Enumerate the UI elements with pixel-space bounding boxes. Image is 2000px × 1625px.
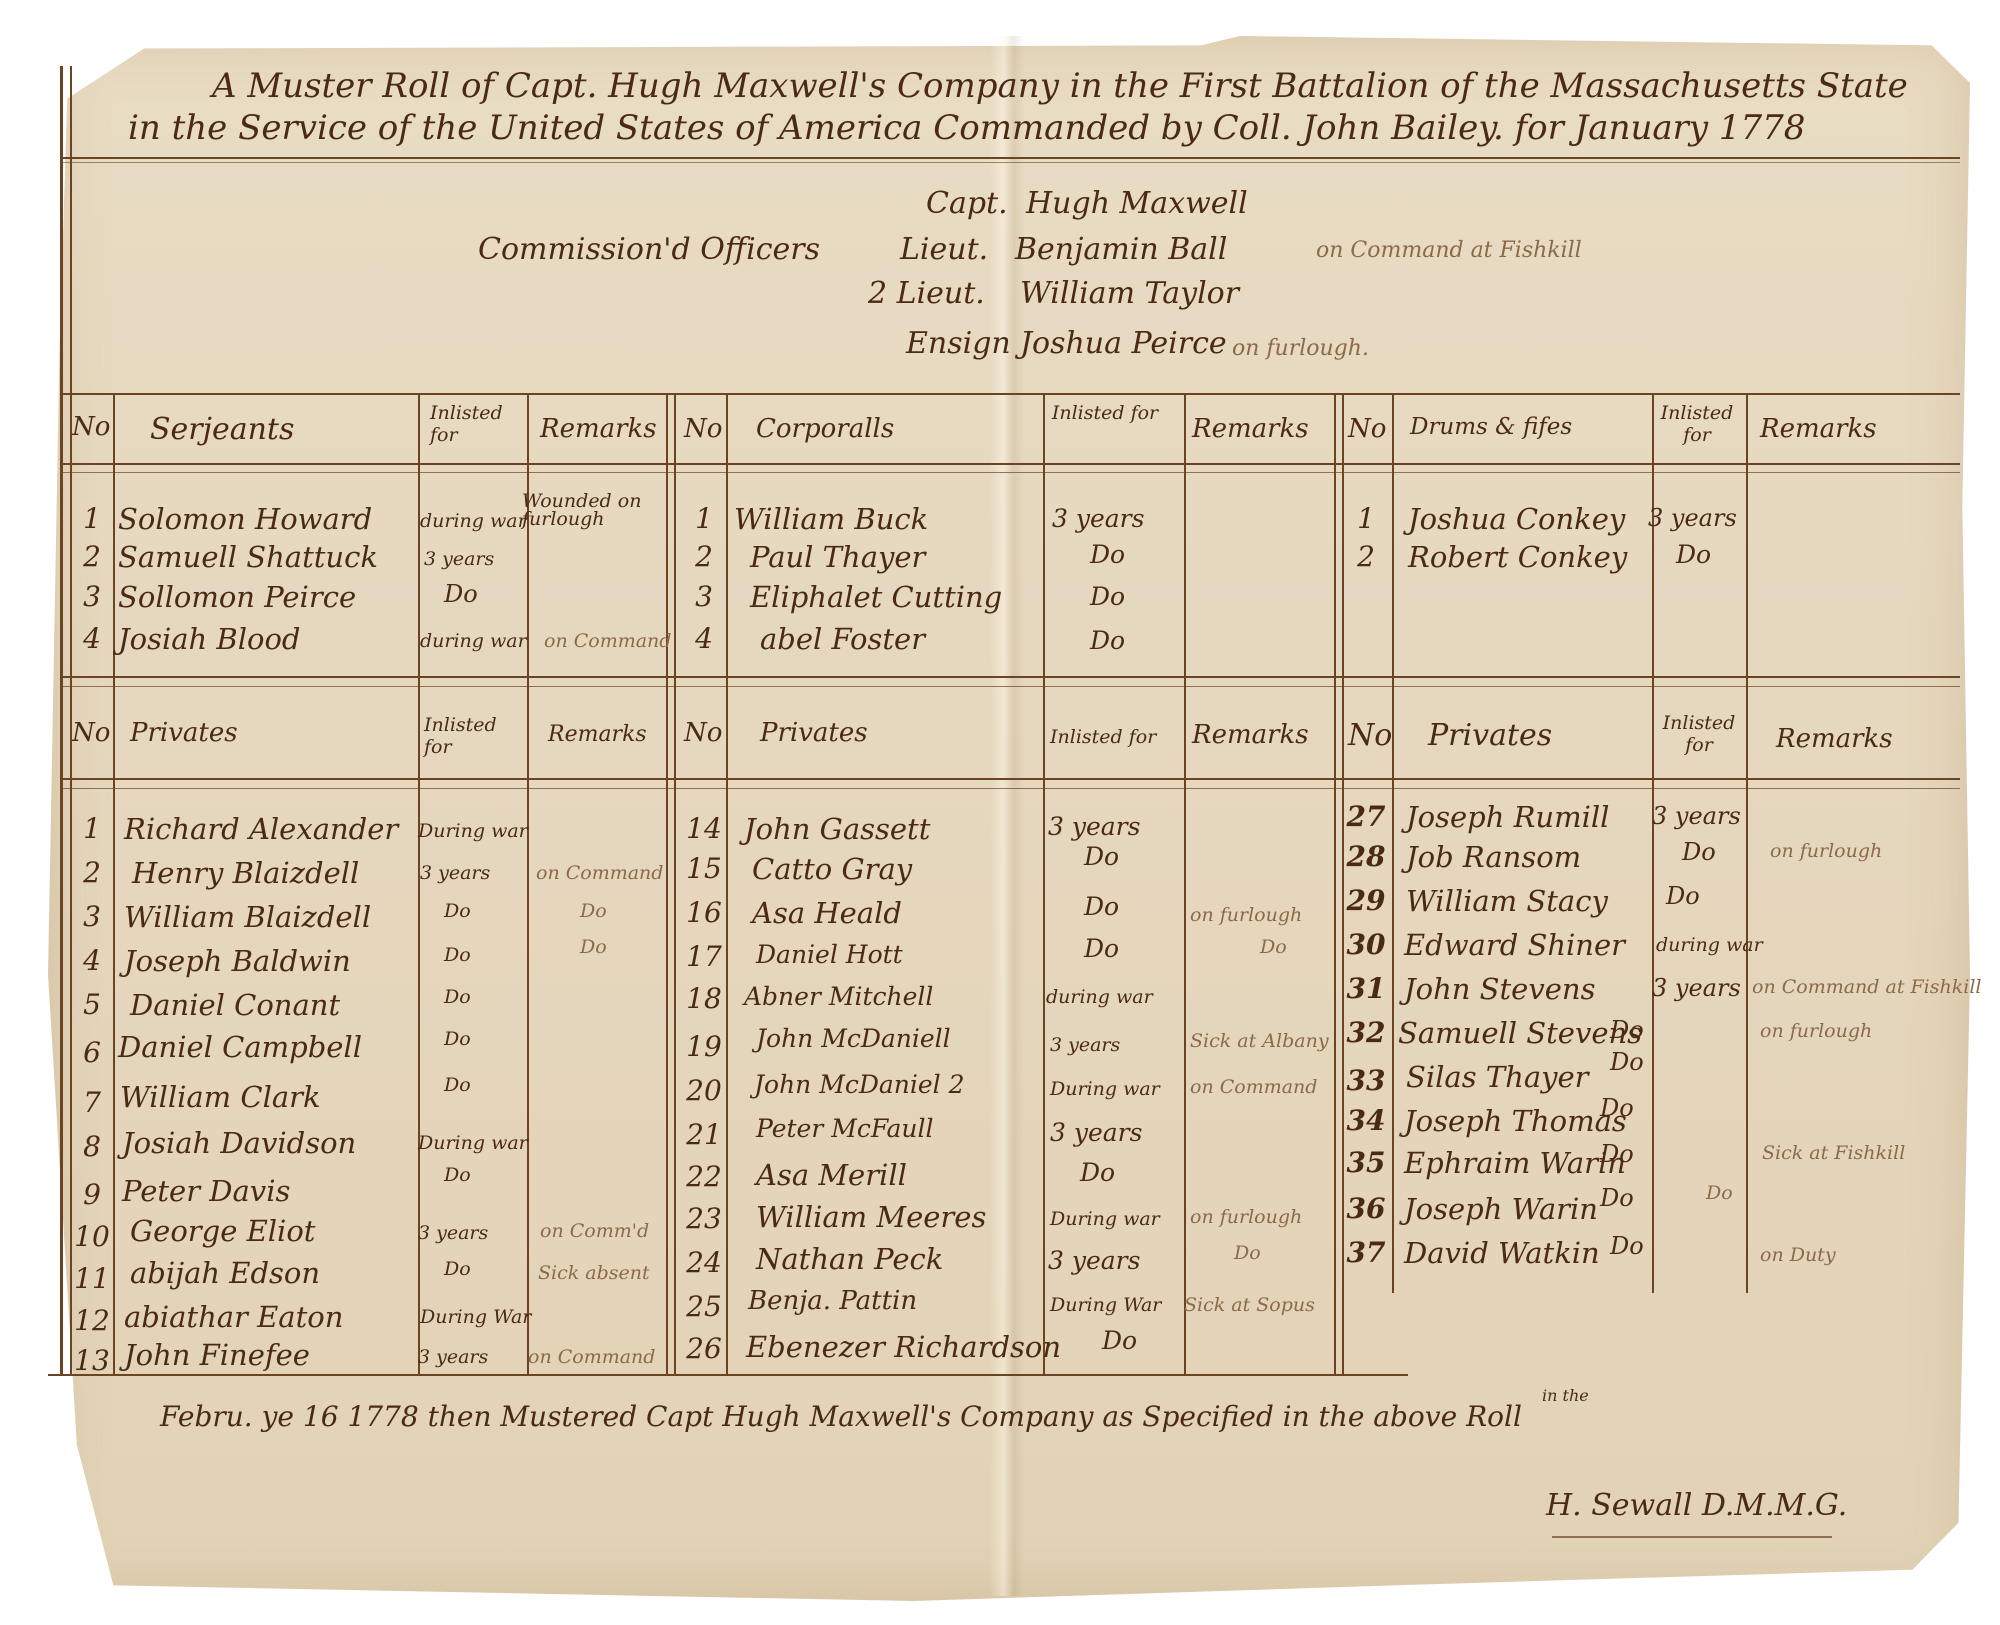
row-name: Paul Thayer: [750, 540, 925, 574]
col-header-name: Privates: [130, 718, 238, 748]
row-number: 16: [684, 896, 724, 929]
row-enlisted: Do: [1080, 1158, 1115, 1187]
title-underline-2: [60, 162, 1960, 163]
row-enlisted: 3 years: [1652, 802, 1741, 830]
row-number: 4: [72, 622, 112, 655]
row-enlisted: 3 years: [1048, 812, 1140, 841]
col-rule-name-2: [1043, 393, 1045, 1375]
row-name: John McDaniel 2: [754, 1070, 965, 1099]
row-name: Richard Alexander: [124, 812, 398, 846]
row-remarks: Sick absent: [538, 1262, 650, 1284]
col-header-remarks: Remarks: [1760, 414, 1877, 444]
row-remarks: on Command: [528, 1346, 655, 1368]
row-name: Peter Davis: [122, 1174, 290, 1208]
row-number: 10: [72, 1220, 112, 1253]
row-number: 28: [1346, 840, 1386, 873]
row-number: 8: [72, 1130, 112, 1163]
row-remarks: on Command at Fishkill: [1752, 976, 1981, 998]
row-enlisted: During war: [418, 1132, 528, 1154]
row-remarks: Do: [1260, 936, 1287, 958]
row-number: 18: [684, 982, 724, 1015]
row-name: abel Foster: [760, 622, 925, 656]
row-number: 2: [72, 856, 112, 889]
title-underline: [60, 157, 1960, 159]
officer-remark: on furlough.: [1232, 336, 1369, 361]
row-number: 15: [684, 852, 724, 885]
row-number: 2: [1346, 540, 1386, 573]
row-enlisted: Do: [1682, 838, 1716, 866]
row-enlisted: Do: [1600, 1140, 1634, 1168]
row-enlisted: Do: [1600, 1184, 1634, 1212]
row-number: 24: [684, 1246, 724, 1279]
signature: H. Sewall D.M.M.G.: [1546, 1488, 1847, 1523]
row-enlisted: 3 years: [418, 1346, 488, 1368]
row-number: 36: [1346, 1192, 1386, 1225]
left-border-rule: [60, 66, 63, 1376]
row-enlisted: Do: [1084, 892, 1119, 921]
row-enlisted: During War: [420, 1306, 531, 1328]
col-header-remarks: Remarks: [548, 722, 647, 747]
row-name: Benja. Pattin: [748, 1286, 917, 1316]
row-number: 20: [684, 1074, 724, 1107]
row-number: 1: [72, 502, 112, 535]
row-enlisted: During war: [418, 820, 528, 842]
col-header-name: Corporalls: [756, 414, 894, 444]
row-number: 25: [684, 1290, 724, 1323]
row-name: David Watkin: [1404, 1236, 1600, 1270]
row-enlisted: Do: [444, 1074, 471, 1096]
row-remarks: on furlough: [1190, 904, 1302, 926]
row-enlisted: Do: [444, 900, 471, 922]
row-enlisted: 3 years: [424, 548, 494, 570]
col-header-no: No: [1348, 414, 1386, 444]
col-rule-remarks-2: [1334, 393, 1336, 1375]
row-enlisted: Do: [1102, 1326, 1137, 1355]
row-number: 17: [684, 940, 724, 973]
col-header-enlisted: Inlisted for: [1652, 402, 1742, 446]
row-enlisted: during war: [420, 510, 527, 532]
row-enlisted: Do: [1610, 1048, 1644, 1076]
row-number: 37: [1346, 1236, 1386, 1269]
officer-name: William Taylor: [1020, 276, 1239, 311]
col-rule-remarks-2b: [1342, 393, 1344, 1375]
row-name: Nathan Peck: [756, 1242, 943, 1276]
row-enlisted: Do: [1600, 1094, 1634, 1122]
row-enlisted: Do: [1090, 626, 1125, 655]
row-number: 3: [684, 580, 724, 613]
row-enlisted: during war: [1656, 934, 1763, 956]
signature-flourish: [1552, 1536, 1832, 1538]
row-remarks: on furlough: [1770, 840, 1882, 862]
row-name: Samuell Stevens: [1398, 1016, 1642, 1050]
col-header-enlisted: Inlisted for: [1050, 726, 1156, 748]
row-enlisted: Do: [1084, 934, 1119, 963]
row-number: 5: [72, 988, 112, 1021]
row-remarks: on Command: [1190, 1076, 1317, 1098]
row-remarks: on furlough: [1760, 1020, 1872, 1042]
col-header-no: No: [684, 414, 722, 444]
row-name: Peter McFaull: [756, 1114, 933, 1143]
row-number: 1: [684, 502, 724, 535]
col-header-no: No: [684, 718, 722, 748]
row-enlisted: Do: [444, 1164, 471, 1186]
row-remarks: Do: [580, 936, 607, 958]
row-enlisted: Do: [1090, 540, 1125, 569]
row-number: 3: [72, 900, 112, 933]
row-enlisted: 3 years: [1050, 1034, 1120, 1056]
row-enlisted: Do: [1090, 582, 1125, 611]
row-number: 14: [684, 812, 724, 845]
row-name: Catto Gray: [752, 852, 912, 886]
row-name: William Buck: [734, 502, 928, 536]
col-header-remarks: Remarks: [1192, 414, 1309, 444]
row-remarks: Sick at Albany: [1190, 1030, 1329, 1052]
upper-table-top-rule: [60, 393, 1960, 395]
row-number: 19: [684, 1030, 724, 1063]
row-name: William Clark: [120, 1080, 321, 1114]
row-enlisted: Do: [1084, 842, 1119, 871]
row-name: abijah Edson: [130, 1256, 320, 1290]
row-name: Samuell Shattuck: [118, 540, 378, 574]
row-enlisted: 3 years: [1048, 1246, 1140, 1275]
row-number: 2: [684, 540, 724, 573]
row-name: Joseph Warin: [1404, 1192, 1598, 1226]
row-name: Solomon Howard: [118, 502, 372, 536]
row-remarks: Do: [1706, 1182, 1733, 1204]
col-header-no: No: [72, 718, 110, 748]
row-number: 11: [72, 1262, 112, 1295]
row-name: Daniel Campbell: [118, 1030, 362, 1064]
row-number: 23: [684, 1202, 724, 1235]
row-number: 2: [72, 540, 112, 573]
row-remarks: Do: [1234, 1242, 1261, 1264]
col-rule-no-3: [1392, 393, 1394, 1293]
row-remarks: on Comm'd: [540, 1220, 649, 1242]
row-remarks: Sick at Sopus: [1184, 1294, 1315, 1316]
row-enlisted: Do: [1610, 1016, 1644, 1044]
attestation-insert: in the: [1542, 1386, 1589, 1405]
row-number: 4: [684, 622, 724, 655]
row-number: 32: [1346, 1016, 1386, 1049]
row-name: Daniel Conant: [130, 988, 340, 1022]
row-name: abiathar Eaton: [124, 1300, 343, 1334]
row-number: 27: [1346, 800, 1386, 833]
row-number: 31: [1346, 972, 1386, 1005]
row-remarks: on Command: [536, 862, 663, 884]
row-enlisted: Do: [1666, 882, 1700, 910]
row-number: 22: [684, 1160, 724, 1193]
row-enlisted: Do: [444, 1028, 471, 1050]
officer-name: Joshua Peirce: [1020, 326, 1227, 361]
upper-table-header-rule: [60, 463, 1960, 465]
col-header-name: Serjeants: [150, 412, 294, 447]
row-enlisted: 3 years: [1050, 1118, 1142, 1147]
row-name: Joseph Thomas: [1404, 1104, 1627, 1138]
row-name: John Gassett: [744, 812, 930, 846]
attestation-text: Febru. ye 16 1778 then Mustered Capt Hug…: [160, 1400, 1522, 1433]
row-name: Sollomon Peirce: [118, 580, 356, 614]
col-header-remarks: Remarks: [1192, 720, 1309, 750]
col-rule-enlisted-2: [1184, 393, 1186, 1375]
row-name: Joseph Rumill: [1406, 800, 1609, 834]
row-enlisted: during war: [420, 630, 527, 652]
row-number: 7: [72, 1086, 112, 1119]
row-name: Robert Conkey: [1408, 540, 1627, 574]
row-enlisted: Do: [444, 1258, 471, 1280]
row-enlisted: During War: [1050, 1294, 1161, 1316]
row-name: Abner Mitchell: [744, 982, 933, 1011]
lower-table-header-rule-2: [60, 788, 1960, 789]
col-rule-no-2: [726, 393, 728, 1375]
row-name: Josiah Blood: [118, 622, 301, 656]
row-number: 33: [1346, 1064, 1386, 1097]
col-header-name: Drums & fifes: [1410, 414, 1572, 440]
col-header-name: Privates: [760, 718, 868, 748]
row-number: 1: [72, 812, 112, 845]
row-name: John McDaniell: [756, 1024, 951, 1053]
lower-table-bottom-rule: [48, 1374, 1408, 1376]
upper-table-header-rule-2: [60, 472, 1960, 473]
row-name: William Meeres: [756, 1200, 986, 1234]
col-header-name: Privates: [1428, 718, 1552, 753]
row-number: 9: [72, 1178, 112, 1211]
row-enlisted: Do: [444, 944, 471, 966]
row-number: 29: [1346, 884, 1386, 917]
row-enlisted: Do: [1676, 540, 1711, 569]
row-name: Henry Blaizdell: [132, 856, 359, 890]
row-number: 1: [1346, 502, 1386, 535]
row-enlisted: 3 years: [1652, 974, 1741, 1002]
officer-rank: Lieut.: [900, 232, 988, 267]
row-enlisted: during war: [1046, 986, 1153, 1008]
row-name: George Eliot: [130, 1214, 315, 1248]
row-number: 6: [72, 1036, 112, 1069]
col-header-remarks: Remarks: [1776, 724, 1893, 754]
title-line-1: A Muster Roll of Capt. Hugh Maxwell's Co…: [212, 66, 1908, 106]
col-header-no: No: [72, 412, 110, 442]
upper-table-bottom-rule-2: [60, 686, 1960, 687]
row-number: 21: [684, 1118, 724, 1151]
officer-rank: Capt.: [926, 186, 1008, 221]
title-line-2: in the Service of the United States of A…: [128, 108, 1805, 148]
row-remarks: on Duty: [1760, 1244, 1836, 1266]
col-header-remarks: Remarks: [540, 414, 657, 444]
row-remarks: Sick at Fishkill: [1762, 1142, 1905, 1164]
row-name: John Finefee: [124, 1338, 310, 1372]
col-header-enlisted: Inlisted for: [1654, 712, 1744, 756]
row-number: 26: [684, 1332, 724, 1365]
col-rule-no-1: [113, 393, 115, 1375]
row-name: Josiah Davidson: [122, 1126, 356, 1160]
col-header-enlisted: Inlisted for: [424, 714, 514, 758]
col-rule-enlisted-3: [1746, 393, 1748, 1293]
row-name: Joseph Baldwin: [124, 944, 351, 978]
row-enlisted: During war: [1050, 1208, 1160, 1230]
row-name: Ebenezer Richardson: [746, 1330, 1061, 1364]
row-enlisted: 3 years: [1648, 504, 1737, 532]
row-name: Joshua Conkey: [1408, 502, 1625, 536]
lower-table-header-rule: [60, 778, 1960, 780]
officer-rank: 2 Lieut.: [868, 276, 985, 311]
officers-label: Commission'd Officers: [478, 232, 820, 267]
row-number: 3: [72, 580, 112, 613]
row-remarks: Do: [580, 900, 607, 922]
col-header-enlisted: Inlisted for: [430, 402, 520, 446]
row-enlisted: Do: [444, 986, 471, 1008]
col-header-no: No: [1348, 718, 1392, 753]
row-enlisted: During war: [1050, 1078, 1160, 1100]
row-enlisted: Do: [444, 580, 478, 608]
row-name: Asa Merill: [756, 1158, 907, 1192]
row-number: 13: [72, 1344, 112, 1377]
row-name: William Stacy: [1406, 884, 1608, 918]
col-rule-enlisted-1: [527, 393, 529, 1375]
row-remarks: on Command: [544, 630, 671, 652]
officer-rank: Ensign: [906, 326, 1011, 361]
row-name: Daniel Hott: [756, 940, 903, 969]
row-name: Job Ransom: [1406, 840, 1581, 874]
officer-name: Hugh Maxwell: [1026, 186, 1248, 221]
row-number: 34: [1346, 1104, 1386, 1137]
officer-name: Benjamin Ball: [1015, 232, 1227, 267]
row-name: William Blaizdell: [124, 900, 371, 934]
col-rule-remarks-1: [666, 393, 668, 1375]
col-header-enlisted: Inlisted for: [1050, 402, 1160, 424]
row-name: Asa Heald: [752, 896, 902, 930]
row-enlisted: 3 years: [1052, 504, 1144, 533]
row-name: Edward Shiner: [1404, 928, 1625, 962]
row-enlisted: 3 years: [418, 1222, 488, 1244]
row-remarks: Wounded on furlough: [522, 492, 662, 528]
row-name: Eliphalet Cutting: [750, 580, 1002, 614]
officer-remark: on Command at Fishkill: [1316, 238, 1582, 263]
col-rule-remarks-1b: [674, 393, 676, 1375]
row-number: 12: [72, 1304, 112, 1337]
row-name: John Stevens: [1404, 972, 1595, 1006]
row-enlisted: Do: [1610, 1232, 1644, 1260]
row-number: 4: [72, 944, 112, 977]
row-name: Silas Thayer: [1406, 1060, 1589, 1094]
row-number: 30: [1346, 928, 1386, 961]
row-number: 35: [1346, 1146, 1386, 1179]
row-remarks: on furlough: [1190, 1206, 1302, 1228]
upper-table-bottom-rule: [60, 676, 1960, 678]
row-enlisted: 3 years: [420, 862, 490, 884]
row-name: Ephraim Warin: [1404, 1146, 1626, 1180]
